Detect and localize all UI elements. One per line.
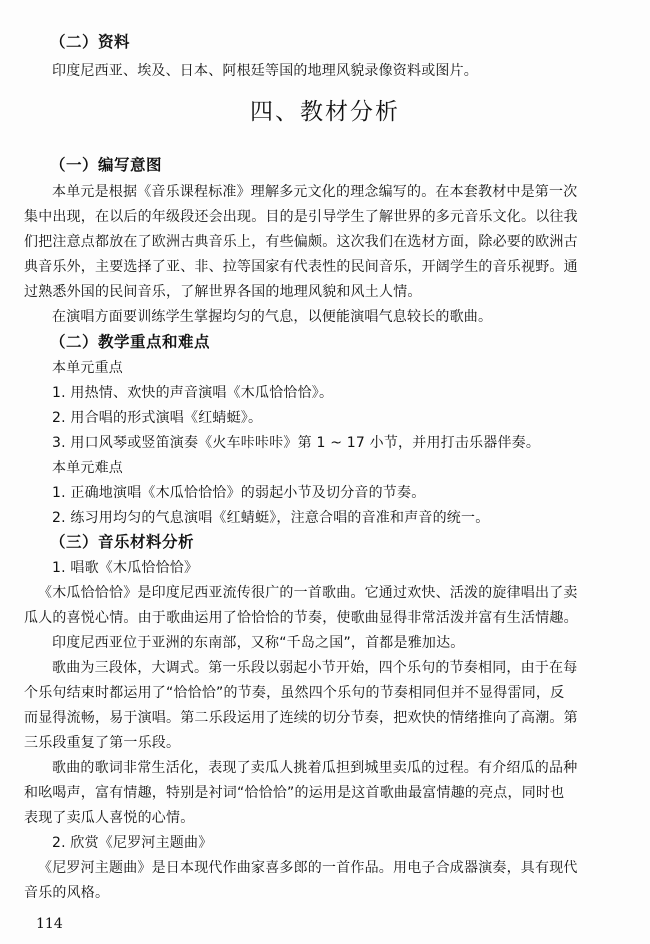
heading-focus: （二）教学重点和难点 [50,330,210,352]
paragraph-line: 们把注意点都放在了欧洲古典音乐上，有些偏颇。这次我们在选材方面，除必要的欧洲古 [24,231,578,251]
difficult-point: 2. 练习用均匀的气息演唱《红蜻蜓》，注意合唱的音准和声音的统一。 [52,507,489,527]
paragraph-line: 三乐段重复了第一乐段。 [24,732,180,752]
paragraph-line: 歌曲的歌词非常生活化，表现了卖瓜人挑着瓜担到城里卖瓜的过程。有介绍瓜的品种 [52,757,577,777]
difficult-label: 本单元难点 [52,457,123,477]
key-point: 3. 用口风琴或竖笛演奏《火车咔咔咔》第 1 ~ 17 小节，并用打击乐器伴奏。 [52,432,540,452]
paragraph-line: 在演唱方面要训练学生掌握均匀的气息，以便能演唱气息较长的歌曲。 [52,306,492,326]
key-point: 2. 用合唱的形式演唱《红蜻蜓》。 [52,407,262,427]
key-label: 本单元重点 [52,357,123,377]
paragraph-line: 而显得流畅，易于演唱。第二乐段运用了连续的切分节奏，把欢快的情绪推向了高潮。第 [24,707,578,727]
resources-text: 印度尼西亚、埃及、日本、阿根廷等国的地理风貌录像资料或图片。 [52,60,478,80]
item-title: 2. 欣赏《尼罗河主题曲》 [52,832,212,852]
chapter-title: 四、教材分析 [0,93,650,126]
paragraph-line: 音乐的风格。 [24,882,109,902]
paragraph-line: 《木瓜恰恰恰》是印度尼西亚流传很广的一首歌曲。它通过欢快、活泼的旋律唱出了卖 [38,582,578,602]
paragraph-line: 典音乐外，主要选择了亚、非、拉等国家有代表性的民间音乐，开阔学生的音乐视野。通 [24,256,578,276]
difficult-point: 1. 正确地演唱《木瓜恰恰恰》的弱起小节及切分音的节奏。 [52,482,425,502]
paragraph-line: 过熟悉外国的民间音乐，了解世界各国的地理风貌和风土人情。 [24,281,422,301]
paragraph-line: 印度尼西亚位于亚洲的东南部，又称“千岛之国”，首都是雅加达。 [52,632,465,652]
document-page: （二）资料 印度尼西亚、埃及、日本、阿根廷等国的地理风貌录像资料或图片。 四、教… [0,0,650,944]
heading-intent: （一）编写意图 [50,153,162,175]
item-title: 1. 唱歌《木瓜恰恰恰》 [52,557,198,577]
paragraph-line: 集中出现，在以后的年级段还会出现。目的是引导学生了解世界的多元音乐文化。以往我 [24,206,578,226]
paragraph-line: 歌曲为三段体，大调式。第一乐段以弱起小节开始，四个乐句的节奏相同，由于在每 [52,657,577,677]
key-point: 1. 用热情、欢快的声音演唱《木瓜恰恰恰》。 [52,382,333,402]
page-number: 114 [36,916,63,932]
paragraph-line: 本单元是根据《音乐课程标准》理解多元文化的理念编写的。在本套教材中是第一次 [52,181,577,201]
heading-analysis: （三）音乐材料分析 [50,530,194,552]
paragraph-line: 瓜人的喜悦心情。由于歌曲运用了恰恰恰的节奏，使歌曲显得非常活泼并富有生活情趣。 [24,607,578,627]
heading-resources: （二）资料 [50,30,130,52]
paragraph-line: 个乐句结束时都运用了“恰恰恰”的节奏，虽然四个乐句的节奏相同但并不显得雷同，反 [24,682,564,702]
paragraph-line: 和吆喝声，富有情趣，特别是衬词“恰恰恰”的运用是这首歌曲最富情趣的亮点，同时也 [24,782,564,802]
paragraph-line: 《尼罗河主题曲》是日本现代作曲家喜多郎的一首作品。用电子合成器演奏，具有现代 [38,857,578,877]
paragraph-line: 表现了卖瓜人喜悦的心情。 [24,807,194,827]
